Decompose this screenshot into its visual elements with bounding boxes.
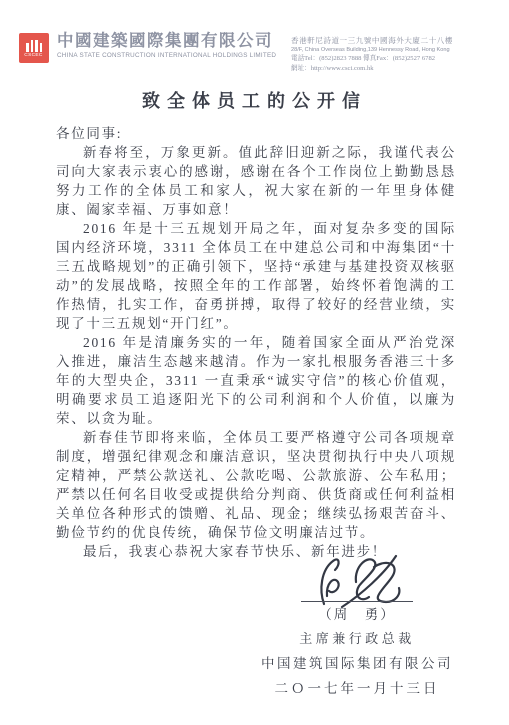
paragraph-4: 新春佳节即将来临，全体员工要严格遵守公司各项规章制度，增强纪律观念和廉洁意识，坚… [56,428,456,542]
company-name-english: CHINA STATE CONSTRUCTION INTERNATIONAL H… [57,51,276,60]
company-names: 中國建築國際集團有限公司 CHINA STATE CONSTRUCTION IN… [57,31,276,60]
signature-block: （周 勇） 主席兼行政总裁 中国建筑国际集团有限公司 二Ｏ一七年一月十三日 [257,552,457,697]
address-english: 28/F, China Overseas Building,139 Hennes… [291,46,476,54]
company-address-block: 香港軒尼詩道一三九號中國海外大廈二十八樓 28/F, China Oversea… [291,36,476,74]
letter-title: 致全体员工的公开信 [0,87,509,113]
salutation: 各位同事: [56,124,456,143]
signer-title: 主席兼行政总裁 [299,628,415,647]
letter-body: 各位同事: 新春将至，万象更新。值此辞旧迎新之际，我谨代表公司向大家表示衷心的感… [56,124,456,561]
logo-bars-glyph [26,40,42,52]
logo-word: CSCEC [25,52,43,58]
company-name-chinese: 中國建築國際集團有限公司 [57,31,276,51]
telephone-fax: 電話Tel：(852)2823 7888 傳真Fax：(852)2527 678… [291,54,476,64]
letterhead: CSCEC 中國建築國際集團有限公司 CHINA STATE CONSTRUCT… [0,0,509,80]
paragraph-1: 新春将至，万象更新。值此辞旧迎新之际，我谨代表公司向大家表示衷心的感谢，感谢在各… [56,143,456,219]
address-chinese: 香港軒尼詩道一三九號中國海外大廈二十八樓 [291,36,476,46]
open-letter-document: CSCEC 中國建築國際集團有限公司 CHINA STATE CONSTRUCT… [0,0,509,725]
signer-company: 中国建筑国际集团有限公司 [261,652,453,672]
cscec-logo-icon: CSCEC [19,33,49,63]
paragraph-2: 2016 年是十三五规划开局之年，面对复杂多变的国际国内经济环境，3311 全体… [56,219,456,333]
signer-name: （周 勇） [318,603,396,623]
signature-line [301,601,413,602]
letter-date: 二Ｏ一七年一月十三日 [275,677,440,697]
website-url: 網址：http://www.csci.com.hk [291,64,476,74]
paragraph-3: 2016 年是清廉务实的一年，随着国家全面从严治党深入推进，廉洁生态越来越清。作… [56,333,456,428]
